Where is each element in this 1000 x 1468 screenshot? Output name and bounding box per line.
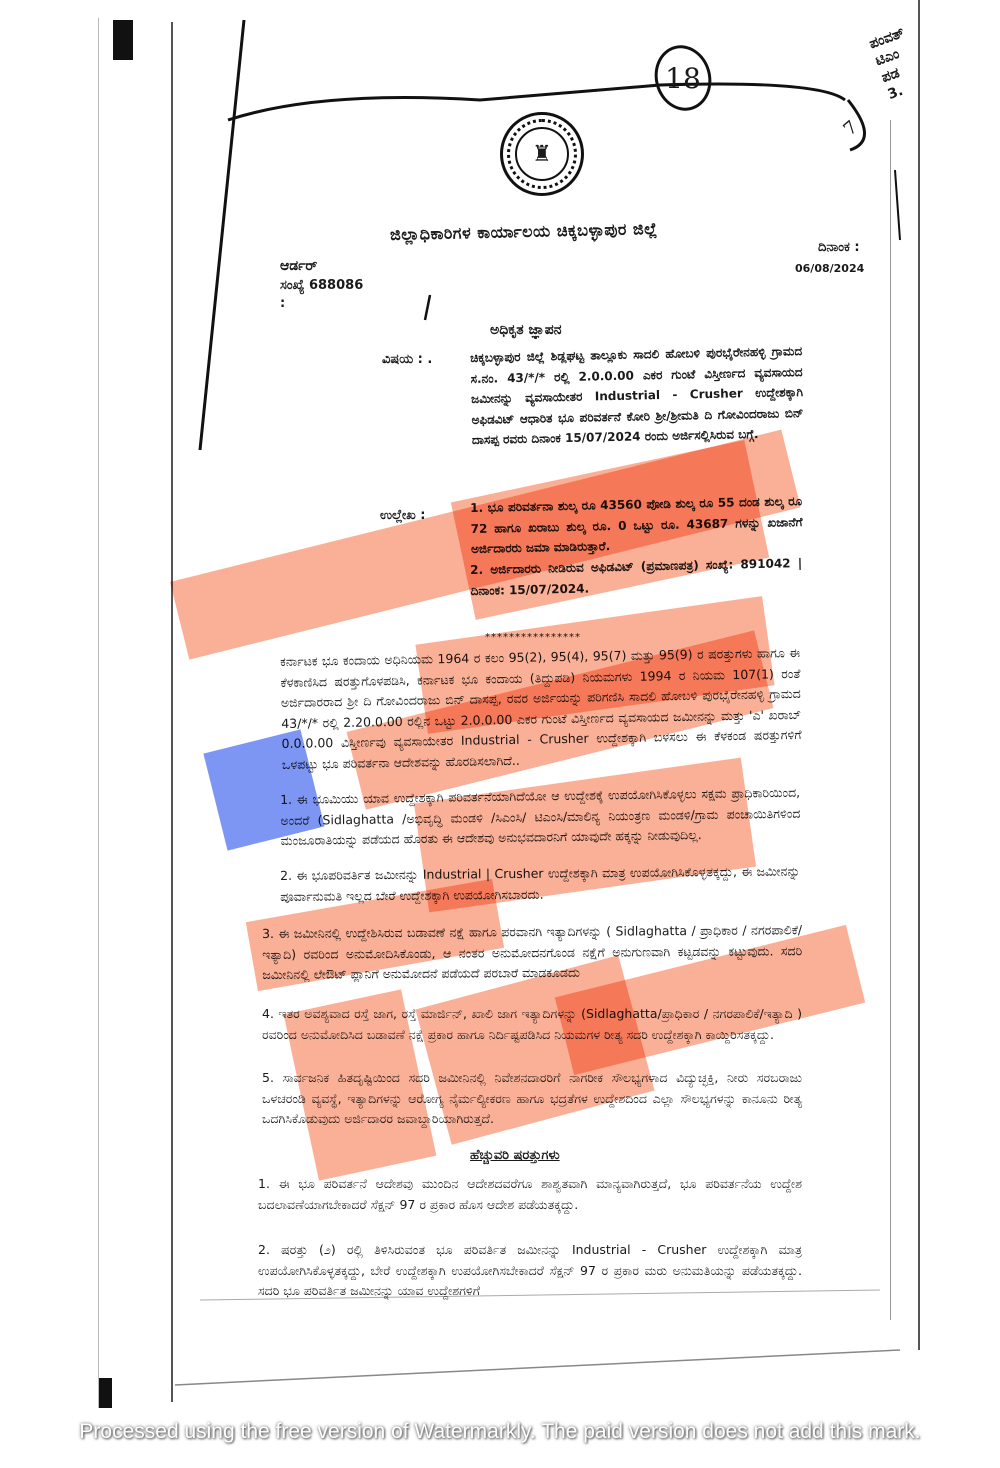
condition-2: 2. ಈ ಭೂಪರಿವರ್ತಿತ ಜಮೀನನ್ನು Industrial | C… — [280, 861, 800, 907]
condition-3: 3. ಈ ಜಮೀನಿನಲ್ಲಿ ಉದ್ದೇಶಿಸಿರುವ ಬಡಾವಣೆ ನಕ್ಷ… — [262, 920, 802, 985]
additional-conditions-heading: ಹೆಚ್ಚುವರಿ ಷರತ್ತುಗಳು — [470, 1148, 560, 1163]
preamble-paragraph: ಕರ್ನಾಟಕ ಭೂ ಕಂದಾಯ ಅಧಿನಿಯಮ 1964 ರ ಕಲಂ 95(2… — [280, 643, 802, 775]
date-value: 06/08/2024 — [795, 262, 864, 275]
additional-condition-2: 2. ಷರತ್ತು (೨) ರಲ್ಲಿ ತಿಳಿಸಿರುವಂತ ಭೂ ಪರಿವರ… — [258, 1240, 802, 1302]
order-label: ಆರ್ಡರ್ — [280, 258, 317, 274]
government-seal-icon: ♜ — [500, 112, 584, 196]
reference-label: ಉಲ್ಲೇಖ : — [380, 508, 425, 523]
condition-4: 4. ಇತರ ಅವಶ್ಯವಾದ ರಸ್ತೆ ಜಾಗ, ರಸ್ತೆ ಮಾರ್ಜಿನ… — [262, 1004, 802, 1045]
watermark: Processed using the free version of Wate… — [0, 1420, 1000, 1444]
reference-item-2: 2. ಅರ್ಜಿದಾರರು ನೀಡಿರುವ ಅಫಿಡವಿಟ್ (ಪ್ರಮಾಣಪತ… — [470, 553, 803, 601]
order-colon: : — [280, 296, 285, 311]
additional-condition-1: 1. ಈ ಭೂ ಪರಿವರ್ತನೆ ಆದೇಶವು ಮುಂದಿನ ಆದೇಶದವರೆ… — [258, 1174, 802, 1215]
order-number: ಸಂಖ್ಯೆ 688086 — [280, 278, 363, 293]
date-label: ದಿನಾಂಕ : — [818, 240, 860, 255]
subject-text: ಚಿಕ್ಕಬಳ್ಳಾಪುರ ಜಿಲ್ಲೆ ಶಿಡ್ಲಘಟ್ಟ ತಾಲ್ಲೂಕು … — [470, 341, 804, 450]
separator: **************** — [485, 632, 581, 643]
subject-label: ವಿಷಯ : . — [382, 352, 432, 367]
condition-5: 5. ಸಾರ್ವಜನಿಕ ಹಿತದೃಷ್ಟಿಯಿಂದ ಸದರಿ ಜಮೀನಿನಲ್… — [262, 1068, 802, 1130]
reference-item-1: 1. ಭೂ ಪರಿವರ್ತನಾ ಶುಲ್ಕ ರೂ 43560 ಪೋಡಿ ಶುಲ್… — [470, 491, 803, 559]
memo-heading: ಅಧಿಕೃತ ಜ್ಞಾಪನ — [490, 322, 562, 338]
condition-1: 1. ಈ ಭೂಮಿಯು ಯಾವ ಉದ್ದೇಶಕ್ಕಾಗಿ ಪರಿವರ್ತನೆಯಾ… — [280, 783, 801, 852]
